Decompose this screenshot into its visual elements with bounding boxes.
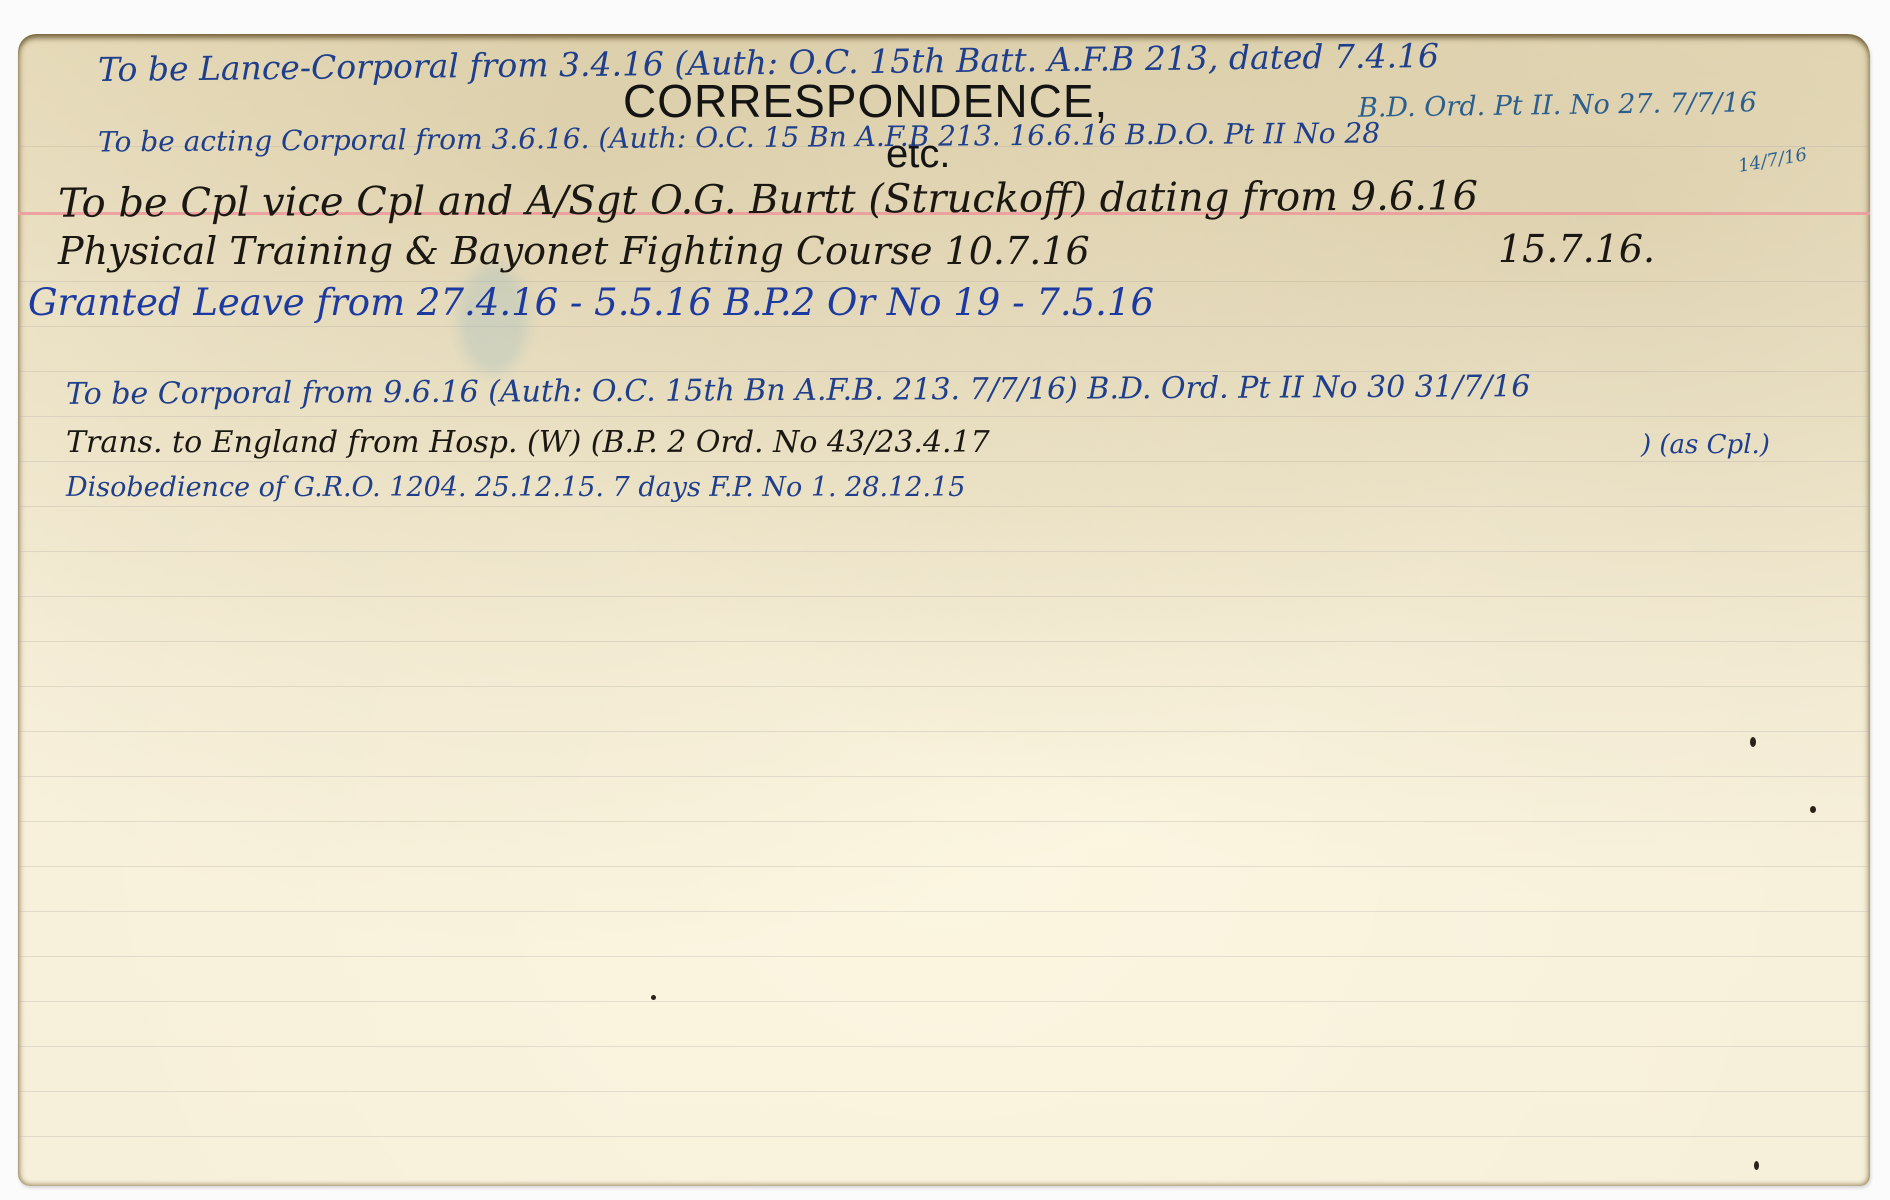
entry-disobedience: Disobedience of G.R.O. 1204. 25.12.15. 7… — [66, 474, 965, 501]
ruled-line — [18, 731, 1870, 732]
entry-to-be-corporal: To be Corporal from 9.6.16 (Auth: O.C. 1… — [66, 372, 1531, 410]
entry-trans-to-england: Trans. to England from Hosp. (W) (B.P. 2… — [66, 428, 990, 458]
entry-order-date-14-7-16: 14/7/16 — [1737, 146, 1808, 176]
ruled-line — [18, 506, 1870, 507]
speck — [1750, 737, 1756, 747]
ruled-line — [18, 911, 1870, 912]
entry-pt-bayonet-course: Physical Training & Bayonet Fighting Cou… — [58, 232, 1090, 270]
ruled-line — [18, 461, 1870, 462]
speck — [651, 995, 656, 1000]
ruled-line — [18, 956, 1870, 957]
ruled-line — [18, 1046, 1870, 1047]
speck — [1810, 806, 1816, 813]
ruled-line — [18, 866, 1870, 867]
ruled-line — [18, 686, 1870, 687]
ruled-line — [18, 416, 1870, 417]
record-card: CORRESPONDENCE, etc. To be Lance-Corpora… — [18, 34, 1870, 1186]
entry-order-ref-27: B.D. Ord. Pt II. No 27. 7/7/16 — [1358, 89, 1757, 122]
ruled-line — [18, 326, 1870, 327]
ruled-line — [18, 1001, 1870, 1002]
ruled-line — [18, 596, 1870, 597]
entry-acting-corporal: To be acting Corporal from 3.6.16. (Auth… — [98, 120, 1380, 157]
entry-to-be-cpl-vice: To be Cpl vice Cpl and A/Sgt O.G. Burtt … — [58, 176, 1478, 223]
speck — [1754, 1161, 1759, 1170]
entry-as-cpl: ) (as Cpl.) — [1641, 432, 1770, 458]
entry-course-end-date: 15.7.16. — [1498, 230, 1655, 268]
scanned-page: CORRESPONDENCE, etc. To be Lance-Corpora… — [0, 0, 1890, 1200]
ruled-line — [18, 1091, 1870, 1092]
entry-lance-corporal: To be Lance-Corporal from 3.4.16 (Auth: … — [98, 39, 1439, 86]
ruled-line — [18, 821, 1870, 822]
ruled-line — [18, 1136, 1870, 1137]
printed-heading: CORRESPONDENCE, — [623, 78, 1108, 124]
ruled-line — [18, 776, 1870, 777]
ruled-line — [18, 641, 1870, 642]
entry-granted-leave: Granted Leave from 27.4.16 - 5.5.16 B.P.… — [28, 284, 1154, 321]
ruled-line — [18, 551, 1870, 552]
